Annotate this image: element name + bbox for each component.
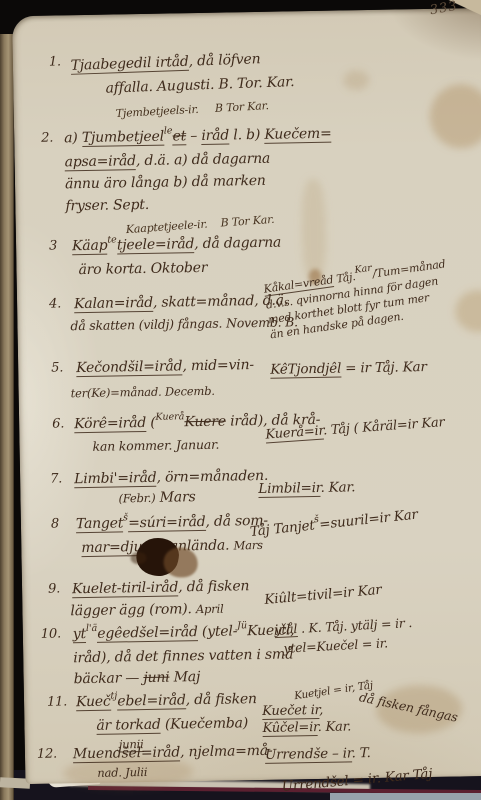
entry-list: 1.Tjaabegedil irtåd, då löfvenaffalla. A… (12, 8, 481, 784)
side-note-line: Urrendše – ir. T. (265, 741, 432, 766)
text-segment: är torkad (96, 717, 161, 735)
text-segment: fryser. Sept. (65, 197, 149, 214)
text-segment: Kuere (184, 414, 226, 431)
text-segment: KêTjondjêl (270, 361, 341, 379)
text-segment: ytål (274, 621, 298, 638)
entry-10: 10.ytl'äegêedšel=iråd (ytel-JüKueičl,irå… (23, 616, 481, 690)
text-segment: egêedšel=iråd (97, 624, 198, 643)
superscript-note: š (123, 512, 128, 523)
book-binding (0, 34, 14, 800)
text-segment: ytel=Kuečel = ir. (283, 635, 388, 655)
text-segment: , mid=vin- (182, 357, 254, 374)
scanned-book-photo: { "page": { "number": "333" }, "colors":… (0, 0, 481, 800)
text-segment: Tåj Tanjet (249, 517, 315, 540)
text-segment: , örn=månaden. (156, 468, 268, 486)
entry-8: 8Tangetš=súri=iråd, då som-mar=djuren an… (21, 506, 481, 560)
text-segment: , då fisken (178, 578, 249, 595)
text-segment: , d.ä. a) då dagarna (136, 151, 271, 169)
text-segment: ebel=iråd (117, 692, 186, 710)
entry-5: 5.Kečondšil=iråd, mid=vin-ter(Ke)=månad.… (18, 350, 481, 405)
superscript-note: š (313, 514, 319, 525)
entry-side-note: ytål . K. Tåj. ytälj = ir .ytel=Kuečel =… (274, 613, 414, 658)
text-segment: a) (64, 130, 82, 146)
text-segment: – (186, 128, 202, 144)
side-note-line: Limbil=ir. Kar. (258, 476, 355, 500)
entry-number: 6. (52, 413, 64, 435)
side-note-line: KêTjondjêl = ir Tåj. Kar (270, 356, 427, 381)
text-segment: yt (73, 626, 86, 643)
text-segment: Tjumbetjeel (82, 129, 164, 147)
text-segment: , njelma=må- (180, 743, 273, 761)
entry-7: 7.Limbi'=iråd, örn=månaden.(Febr.) MarsL… (20, 461, 481, 509)
text-segment: Kečondšil=iråd (76, 358, 182, 377)
entry-number: 1. (49, 51, 61, 73)
superscript-note: Kar (354, 263, 373, 276)
text-segment: då skatten (vildj) fångas. Novemb. B. (70, 314, 298, 333)
entry-9: 9.Kuelet-tiril-iråd, då fiskenlägger ägg… (22, 571, 481, 623)
text-segment: l. b) (229, 127, 265, 144)
entry-text: Tjaabegedil irtåd, då löfvenaffalla. Aug… (70, 40, 481, 100)
text-segment: Maj (169, 669, 200, 686)
text-segment: Kuerå=ir (265, 424, 324, 444)
text-segment: April (196, 602, 224, 616)
text-segment: nad. Julii (97, 765, 147, 780)
text-segment: Tåj. (332, 270, 356, 286)
entry-2: 2.Tjembetjeels-ir. B Tor Kar.a) Tjumbetj… (14, 120, 481, 218)
text-segment: affalla. Augusti. B. Tor. Kar. (105, 74, 294, 97)
entry-6: 6.Körê=iråd (KueråKuere iråd), då krå-ka… (19, 406, 481, 458)
superscript-note: le (164, 125, 173, 136)
entry-number: 5. (51, 357, 63, 379)
superscript-note: Kuerå (155, 411, 184, 423)
text-segment: äro korta. Oktober (78, 260, 207, 278)
text-segment: =súri=iråd (128, 514, 206, 532)
text-segment: Kueč (76, 694, 111, 712)
entry-number: 2. (41, 128, 53, 150)
text-segment: . K. Tåj. ytälj = ir . (297, 615, 413, 636)
text-segment: . Kar. (320, 479, 355, 496)
entry-side-note: Limbil=ir. Kar. (258, 476, 355, 500)
entry-number: 12. (37, 744, 57, 766)
text-segment: , då fisken (186, 691, 257, 708)
text-segment: = ir Tåj. Kar (341, 359, 427, 376)
text-segment: juni (143, 670, 169, 686)
text-segment: , (319, 703, 323, 718)
superscript-note: l'ä (86, 623, 98, 634)
text-segment: iråd), då det finnes vatten i små (73, 646, 293, 666)
superscript-note: Jü (237, 620, 247, 631)
text-segment: , då löfven (188, 51, 260, 69)
entry-number: 9. (48, 578, 60, 600)
text-segment: bäckar — (74, 670, 144, 687)
text-segment: (ytel- (198, 623, 238, 640)
manuscript-page: 1.Tjaabegedil irtåd, då löfvenaffalla. A… (12, 8, 481, 784)
text-segment: ter(Ke)=månad. Decemb. (71, 384, 215, 401)
entry-number: 7. (50, 468, 62, 490)
entry-side-note: Urrendše – ir. T.Urrendšel = ir. Kar Tåj (265, 741, 433, 793)
text-segment: . Kar. (318, 719, 352, 735)
text-segment: Tjaabegedil irtåd (70, 54, 188, 75)
text-segment: Käap (72, 238, 108, 256)
interlinear-note: Tjembetjeels-ir. B Tor Kar. (115, 95, 269, 125)
entry-1: 1.Tjaabegedil irtåd, då löfvenaffalla. A… (13, 44, 481, 98)
text-segment: iråd (201, 127, 229, 144)
entry-number: 4. (49, 293, 61, 315)
text-segment: Tanget (76, 515, 124, 533)
superscript-note: tj (110, 691, 117, 702)
text-segment: kan kommer. Januar. (92, 437, 219, 454)
entry-number: 3 (49, 235, 57, 257)
superscript-note: te (107, 234, 117, 245)
entry-side-note: Kuetjel = ir, TåjKuečet ir,då fisken fån… (262, 680, 374, 739)
text-segment: . T. (351, 745, 370, 761)
text-segment: Körê=iråd (74, 415, 146, 433)
entry-text: a) Tjumbetjeelleet – iråd l. b) Kuečem=a… (64, 120, 481, 217)
text-segment: Kûčel=ir (262, 720, 317, 737)
entry-number: 10. (41, 623, 61, 645)
entry-number: 11. (47, 691, 67, 713)
table-surface (330, 793, 481, 800)
text-segment: . Tåj ( Kåräl=ir Kar (323, 415, 445, 438)
text-segment: Kalan=iråd (74, 295, 153, 313)
text-segment: ännu äro långa b) då marken (65, 173, 266, 193)
entry-4: 4.Kalan=iråd, skatt=månad, d.ä.då skatte… (17, 286, 481, 338)
text-segment: Kuelet-tiril-iråd (72, 579, 178, 598)
entry-12: 12.Muendšel=iråd, njelma=må-nad. JuliiUr… (25, 736, 481, 782)
text-segment: (Febr.) (118, 491, 155, 506)
side-note-line: Kûčel=ir. Kar. (262, 717, 374, 739)
text-segment: Limbil=ir (258, 480, 320, 498)
text-segment: lägger ägg (rom). (70, 601, 196, 619)
entry-number: 8 (51, 513, 59, 535)
text-segment: tjeele=iråd (117, 236, 195, 254)
text-segment: Muendšel=iråd (73, 744, 180, 763)
text-segment: (Kuečemba) (161, 715, 249, 733)
text-segment: Limbi'=iråd (74, 470, 157, 488)
ink-blot-halo (163, 547, 198, 578)
text-segment: Urrendše – ir (265, 745, 352, 764)
text-segment: apsa=iråd (64, 153, 136, 171)
entry-side-note: KêTjondjêl = ir Tåj. Kar (270, 356, 427, 381)
text-segment: Mars (155, 489, 195, 506)
text-segment: , då dagarna (194, 235, 281, 253)
text-segment: Kuečem= (264, 126, 331, 144)
text-segment: et (172, 128, 186, 145)
